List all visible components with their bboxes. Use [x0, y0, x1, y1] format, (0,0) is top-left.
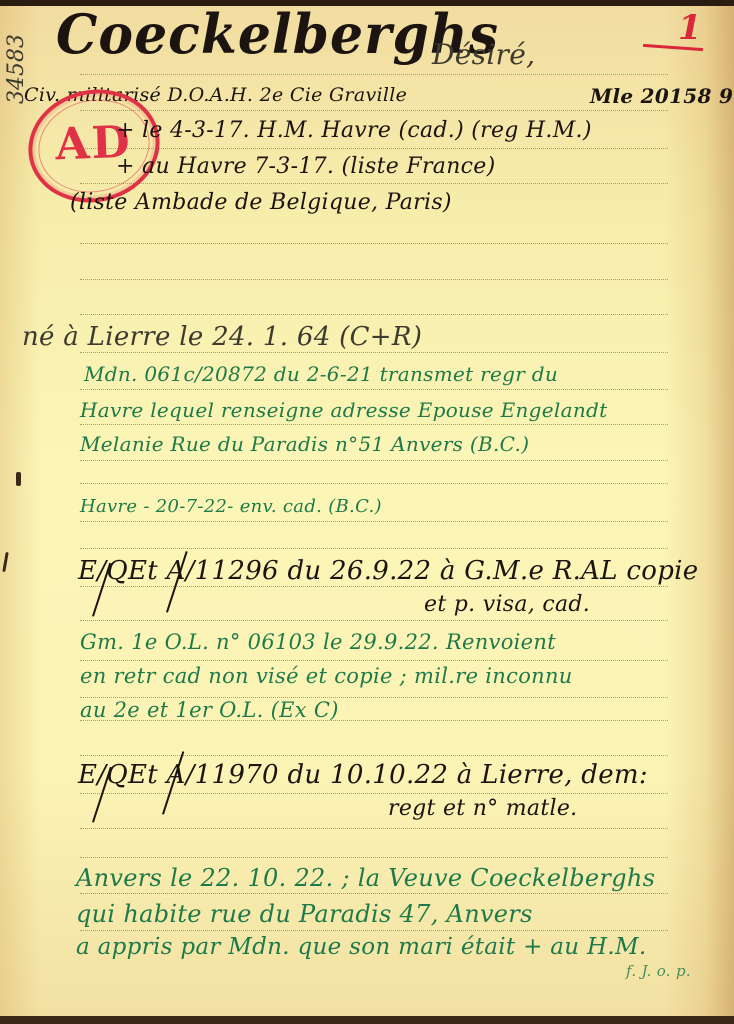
rule-line [80, 352, 668, 353]
entry-line: Havre - 20-7-22- env. cad. (B.C.) [80, 496, 382, 517]
matricule: Mle 20158 9? [590, 84, 734, 108]
rule-line [80, 930, 668, 931]
rule-line [80, 279, 668, 280]
rule-line [80, 183, 668, 184]
paper-edge-right [664, 0, 734, 1024]
rule-line [80, 110, 668, 111]
rule-line [80, 460, 668, 461]
entry-line: E/QEt A/11970 du 10.10.22 à Lierre, dem: [78, 760, 648, 790]
entry-line: Anvers le 22. 10. 22. ; la Veuve Coeckel… [76, 864, 655, 892]
rule-line [80, 548, 668, 549]
rule-line [80, 586, 668, 587]
entry-line: Melanie Rue du Paradis n°51 Anvers (B.C.… [80, 432, 529, 456]
card-number: 1 [678, 8, 702, 48]
entry-line: en retr cad non visé et copie ; mil.re i… [80, 664, 573, 688]
entry-line: au 2e et 1er O.L. (Ex C) [80, 698, 339, 722]
rule-line [80, 483, 668, 484]
rule-line [80, 857, 668, 858]
rule-line [80, 755, 668, 756]
death-entry-line: (liste Ambade de Belgique, Paris) [70, 190, 452, 215]
rule-line [80, 660, 668, 661]
entry-line: qui habite rue du Paradis 47, Anvers [76, 900, 533, 928]
entry-line: a appris par Mdn. que son mari était + a… [76, 934, 646, 960]
death-entry-line: + au Havre 7-3-17. (liste France) [116, 154, 496, 179]
entry-line: Mdn. 061c/20872 du 2-6-21 transmet regr … [84, 362, 558, 386]
rule-line [80, 314, 668, 315]
rule-line [80, 74, 668, 75]
entry-line: E/QEt A/11296 du 26.9.22 à G.M.e R.AL co… [78, 556, 698, 586]
rule-line [80, 828, 668, 829]
entry-line: et p. visa, cad. [424, 592, 590, 617]
card-bottom-border [0, 1016, 734, 1024]
rule-line [80, 620, 668, 621]
rule-line [80, 424, 668, 425]
rule-line [80, 893, 668, 894]
entry-line: Gm. 1e O.L. n° 06103 le 29.9.22. Renvoie… [80, 630, 556, 654]
rule-line [80, 148, 668, 149]
rule-line [80, 243, 668, 244]
margin-ink-mark [16, 472, 21, 486]
death-entry-line: + le 4-3-17. H.M. Havre (cad.) (reg H.M.… [116, 118, 592, 143]
entry-line: Havre lequel renseigne adresse Epouse En… [80, 398, 607, 422]
first-name: Désiré, [432, 38, 535, 71]
rule-line [80, 389, 668, 390]
entry-line: regt et n° matle. [388, 796, 577, 821]
initials: f. J. o. p. [626, 962, 691, 980]
rule-line [80, 521, 668, 522]
birth-line: né à Lierre le 24. 1. 64 (C+R) [22, 322, 422, 352]
